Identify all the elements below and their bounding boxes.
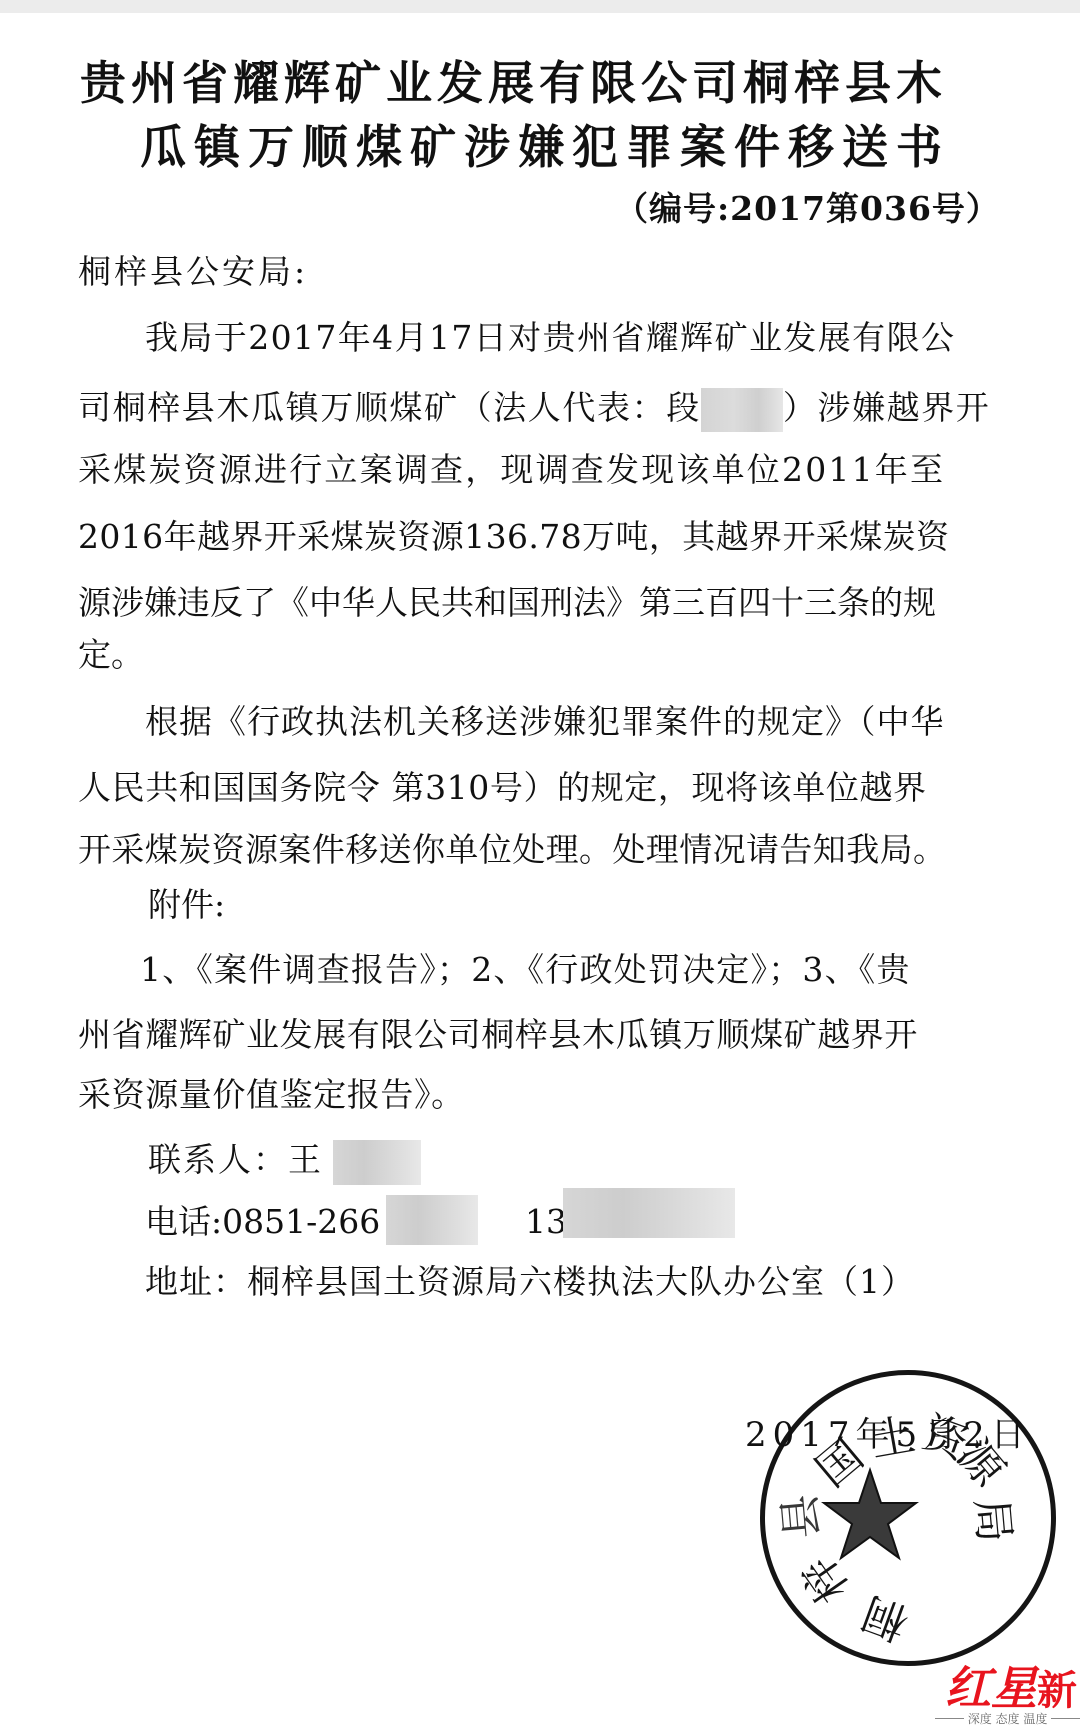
redacted-phone [386,1195,478,1245]
attachments-label: 附件: [148,888,225,921]
seal-star-icon [820,1465,920,1565]
title-text: 贵州省耀辉矿业发展有限公司桐梓县木 [80,60,947,106]
document-title-line-1: 贵州省耀辉矿业发展有限公司桐梓县木 [80,60,1005,106]
paragraph-1-line-1: 我局于2017年4月17日对贵州省耀辉矿业发展有限公 [145,321,955,354]
redacted-contact-name [333,1140,421,1185]
contact-phone: 电话:0851-266 [145,1205,380,1238]
paragraph-1-line-2: 司桐梓县木瓜镇万顺煤矿（法人代表：段）涉嫌越界开 [78,388,990,432]
contact-mobile: 13 [525,1205,567,1238]
paragraph-1-line-6: 定。 [78,638,144,671]
document-date: 2017年5月2日 [745,1418,1031,1452]
paragraph-2-line-1: 根据《行政执法机关移送涉嫌犯罪案件的规定》（中华 [145,705,945,738]
attachments-line-1: 1、《案件调查报告》；2、《行政处罚决定》；3、《贵 [140,953,911,986]
redacted-mobile [563,1188,735,1238]
title-text: 瓜镇万顺煤矿涉嫌犯罪案件移送书 [140,124,950,170]
contact-address: 地址：桐梓县国土资源局六楼执法大队办公室（1） [145,1265,915,1298]
addressee: 桐梓县公安局: [78,255,308,288]
paragraph-1-line-4: 2016年越界开采煤炭资源136.78万吨，其越界开采煤炭资 [78,520,949,553]
document-number: （编号:2017第036号） [615,192,1000,225]
redacted-name [701,388,783,432]
document-title-line-2: 瓜镇万顺煤矿涉嫌犯罪案件移送书 [140,124,940,170]
paragraph-2-line-3: 开采煤炭资源案件移送你单位处理。处理情况请告知我局。 [78,833,946,866]
paragraph-1-line-3: 采煤炭资源进行立案调查，现调查发现该单位2011年至 [78,453,945,486]
logo-tagline: 深度 态度 温度 [935,1710,1080,1727]
watermark-logo: 红星新闻 深度 态度 温度 [945,1652,1080,1718]
attachments-line-2: 州省耀辉矿业发展有限公司桐梓县木瓜镇万顺煤矿越界开 [78,1018,918,1051]
top-bar [0,0,1080,13]
attachments-line-3: 采资源量价值鉴定报告》。 [78,1078,465,1111]
paragraph-2-line-2: 人民共和国国务院令 第310号）的规定，现将该单位越界 [78,771,927,804]
seal-char: 局 [963,1495,1031,1544]
logo-text: 红星新闻 [945,1652,1080,1718]
contact-person: 联系人：王 [148,1143,323,1176]
paragraph-1-line-5: 源涉嫌违反了《中华人民共和国刑法》第三百四十三条的规 [78,586,936,619]
